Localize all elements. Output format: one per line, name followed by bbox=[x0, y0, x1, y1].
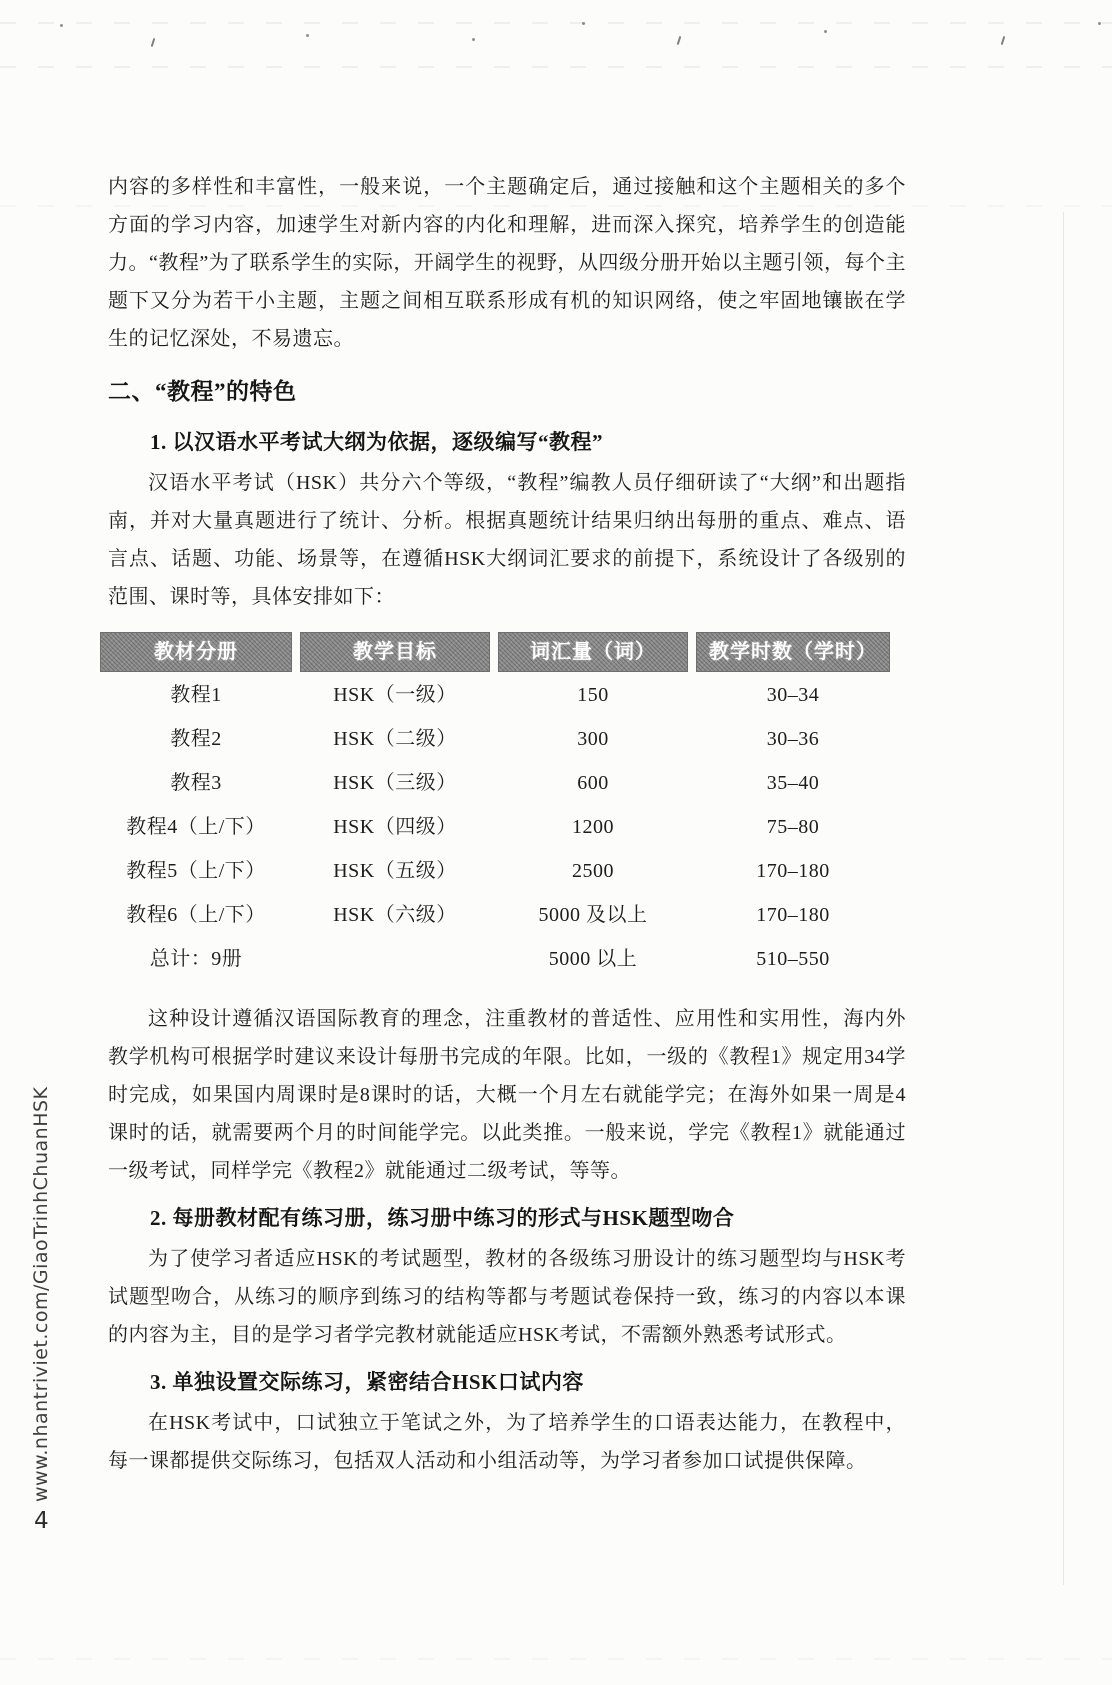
scan-page-edge bbox=[1063, 212, 1064, 1585]
table-row: 教程3 HSK（三级） 600 35–40 bbox=[100, 761, 890, 804]
side-watermark-url: www.nhantriviet.com/GiaoTrinhChuanHSK bbox=[30, 1086, 52, 1502]
table-header-goal: 教学目标 bbox=[300, 632, 490, 672]
table-row: 教程6（上/下） HSK（六级） 5000 及以上 170–180 bbox=[100, 893, 890, 936]
intro-paragraph: 内容的多样性和丰富性，一般来说，一个主题确定后，通过接触和这个主题相关的多个方面… bbox=[108, 168, 906, 358]
cell-vocab: 1200 bbox=[498, 805, 688, 848]
hsk-levels-table: 教材分册 教学目标 词汇量（词） 教学时数（学时） 教程1 HSK（一级） 15… bbox=[100, 632, 890, 980]
subsection-3-paragraph: 在HSK考试中，口试独立于笔试之外，为了培养学生的口语表达能力，在教程中，每一课… bbox=[108, 1404, 906, 1480]
cell-volume: 教程4（上/下） bbox=[100, 805, 292, 848]
cell-volume: 教程5（上/下） bbox=[100, 849, 292, 892]
scan-artifact bbox=[1001, 36, 1006, 45]
cell-vocab: 600 bbox=[498, 761, 688, 804]
cell-volume: 教程3 bbox=[100, 761, 292, 804]
page-number: 4 bbox=[34, 1508, 49, 1534]
cell-hours: 510–550 bbox=[696, 937, 890, 980]
cell-vocab: 5000 及以上 bbox=[498, 893, 688, 936]
cell-vocab: 5000 以上 bbox=[498, 937, 688, 980]
cell-hours: 30–36 bbox=[696, 717, 890, 760]
table-row: 教程1 HSK（一级） 150 30–34 bbox=[100, 673, 890, 716]
table-header-hours: 教学时数（学时） bbox=[696, 632, 890, 672]
scan-artifact bbox=[151, 38, 156, 47]
table-header-vocab: 词汇量（词） bbox=[498, 632, 688, 672]
scan-artifact bbox=[472, 38, 475, 41]
scan-artifact bbox=[677, 36, 682, 45]
cell-goal: HSK（六级） bbox=[300, 893, 490, 936]
section-heading: 二、“教程”的特色 bbox=[108, 370, 906, 414]
cell-goal bbox=[300, 937, 490, 980]
cell-goal: HSK（五级） bbox=[300, 849, 490, 892]
cell-goal: HSK（四级） bbox=[300, 805, 490, 848]
cell-hours: 170–180 bbox=[696, 893, 890, 936]
cell-hours: 30–34 bbox=[696, 673, 890, 716]
scan-artifact bbox=[0, 1658, 1112, 1660]
table-row: 教程2 HSK（二级） 300 30–36 bbox=[100, 717, 890, 760]
cell-goal: HSK（三级） bbox=[300, 761, 490, 804]
scan-artifact bbox=[1098, 22, 1101, 25]
subsection-2-paragraph: 为了使学习者适应HSK的考试题型，教材的各级练习册设计的练习题型均与HSK考试题… bbox=[108, 1240, 906, 1354]
scan-artifact bbox=[582, 22, 585, 25]
table-header-volume: 教材分册 bbox=[100, 632, 292, 672]
cell-goal: HSK（二级） bbox=[300, 717, 490, 760]
scan-artifact bbox=[60, 24, 63, 27]
cell-hours: 35–40 bbox=[696, 761, 890, 804]
table-header-row: 教材分册 教学目标 词汇量（词） 教学时数（学时） bbox=[100, 632, 890, 672]
after-table-paragraph: 这种设计遵循汉语国际教育的理念，注重教材的普适性、应用性和实用性，海内外教学机构… bbox=[108, 1000, 906, 1190]
scan-artifact bbox=[0, 22, 1112, 24]
scan-artifact bbox=[824, 30, 827, 33]
scanned-document-page: { "page": { "number": "4", "watermark": … bbox=[0, 0, 1112, 1685]
subsection-3-heading: 3. 单独设置交际练习，紧密结合HSK口试内容 bbox=[108, 1360, 906, 1404]
scan-artifact bbox=[0, 66, 1112, 68]
document-body: 内容的多样性和丰富性，一般来说，一个主题确定后，通过接触和这个主题相关的多个方面… bbox=[108, 168, 906, 1480]
cell-volume: 教程1 bbox=[100, 673, 292, 716]
table-total-row: 总计：9册 5000 以上 510–550 bbox=[100, 937, 890, 980]
cell-goal: HSK（一级） bbox=[300, 673, 490, 716]
cell-vocab: 300 bbox=[498, 717, 688, 760]
table-row: 教程4（上/下） HSK（四级） 1200 75–80 bbox=[100, 805, 890, 848]
cell-vocab: 2500 bbox=[498, 849, 688, 892]
cell-volume: 总计：9册 bbox=[100, 937, 292, 980]
subsection-2-heading: 2. 每册教材配有练习册，练习册中练习的形式与HSK题型吻合 bbox=[108, 1196, 906, 1240]
table-row: 教程5（上/下） HSK（五级） 2500 170–180 bbox=[100, 849, 890, 892]
cell-volume: 教程2 bbox=[100, 717, 292, 760]
cell-hours: 75–80 bbox=[696, 805, 890, 848]
subsection-1-paragraph: 汉语水平考试（HSK）共分六个等级，“教程”编教人员仔细研读了“大纲”和出题指南… bbox=[108, 464, 906, 616]
subsection-1-heading: 1. 以汉语水平考试大纲为依据，逐级编写“教程” bbox=[108, 420, 906, 464]
cell-hours: 170–180 bbox=[696, 849, 890, 892]
cell-vocab: 150 bbox=[498, 673, 688, 716]
scan-artifact bbox=[306, 34, 309, 37]
cell-volume: 教程6（上/下） bbox=[100, 893, 292, 936]
